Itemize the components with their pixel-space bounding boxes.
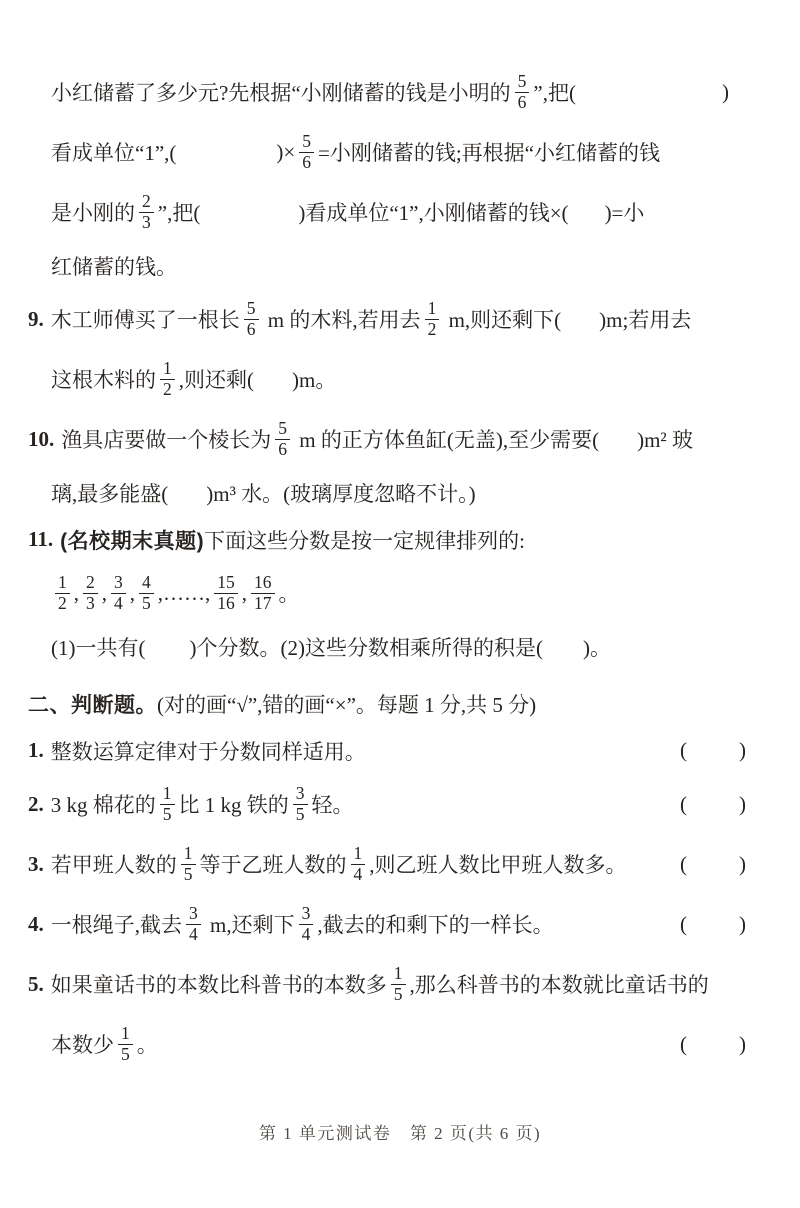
- text-segment: )看成单位“1”,小刚储蓄的钱×(: [298, 197, 568, 227]
- line-content: 2.3 kg 棉花的15比 1 kg 铁的35轻。: [28, 783, 680, 824]
- question-11-subquestions: (1)一共有()个分数。(2)这些分数相乘所得的积是()。: [28, 623, 746, 670]
- fraction-denominator: 17: [251, 593, 275, 614]
- text-segment: 整数运算定律对于分数同样适用。: [51, 736, 366, 766]
- judgment-5-line-1: 5.如果童话书的本数比科普书的本数多15,那么科普书的本数就比童话书的: [28, 954, 746, 1014]
- text-segment: 下面这些分数是按一定规律排列的:: [204, 525, 525, 555]
- fraction-numerator: 5: [275, 419, 290, 439]
- fraction: 15: [391, 964, 406, 1004]
- text-segment: 看成单位“1”,(: [51, 137, 176, 167]
- fraction-denominator: 6: [275, 439, 290, 460]
- line-content: 10.渔具店要做一个棱长为56 m 的正方体鱼缸(无盖),至少需要()m² 玻: [28, 418, 746, 459]
- fraction-numerator: 1: [351, 844, 366, 864]
- fraction-denominator: 5: [118, 1044, 133, 1065]
- fraction-numerator: 1: [425, 299, 440, 319]
- fraction: 56: [515, 72, 530, 112]
- heading-bold-text: (名校期末真题): [60, 525, 204, 555]
- fraction: 15: [160, 784, 175, 824]
- question-number: 5.: [28, 972, 44, 997]
- line-content: 璃,最多能盛()m³ 水。(玻璃厚度忽略不计。): [51, 478, 746, 508]
- bracket-open: (: [680, 738, 687, 763]
- line-content: 11.(名校期末真题)下面这些分数是按一定规律排列的:: [28, 525, 746, 555]
- fraction: 56: [299, 132, 314, 172]
- text-segment: (对的画“√”,错的画“×”。每题 1 分,共 5 分): [157, 689, 536, 719]
- text-segment: ,: [102, 581, 107, 606]
- bracket-close: ): [739, 852, 746, 877]
- question-number: 1.: [28, 738, 44, 763]
- fraction-denominator: 5: [160, 804, 175, 825]
- judgment-5-line-2: 本数少15。(): [28, 1014, 746, 1074]
- text-segment: ,……,: [158, 581, 211, 606]
- text-segment: =小刚储蓄的钱;再根据“小红储蓄的钱: [318, 137, 660, 167]
- text-segment: )个分数。(2)这些分数相乘所得的积是(: [189, 632, 542, 662]
- text-segment: m,还剩下: [205, 909, 295, 939]
- judgment-3: 3.若甲班人数的15等于乙班人数的14,则乙班人数比甲班人数多。(): [28, 834, 746, 894]
- text-segment: 如果童话书的本数比科普书的本数多: [51, 969, 387, 999]
- bracket-close: ): [739, 738, 746, 763]
- text-segment: ,: [74, 581, 79, 606]
- fraction: 45: [139, 573, 154, 613]
- fill-in-blank: [543, 646, 583, 647]
- fraction-denominator: 4: [351, 864, 366, 885]
- text-segment: m,则还剩下(: [443, 304, 561, 334]
- fraction: 12: [55, 573, 70, 613]
- question-9-line-1: 9.木工师傅买了一根长56 m 的木料,若用去12 m,则还剩下()m;若用去: [28, 289, 746, 349]
- line-content: 1.整数运算定律对于分数同样适用。: [28, 736, 680, 766]
- fraction-numerator: 3: [186, 904, 201, 924]
- fraction: 14: [351, 844, 366, 884]
- fraction-denominator: 3: [139, 212, 154, 233]
- fraction-numerator: 4: [139, 573, 154, 593]
- text-segment: 渔具店要做一个棱长为: [61, 424, 271, 454]
- text-segment: )m² 玻: [637, 424, 693, 454]
- fraction-denominator: 3: [83, 593, 98, 614]
- fraction: 56: [244, 299, 259, 339]
- fill-in-blank: [576, 92, 722, 93]
- question-10-line-2: 璃,最多能盛()m³ 水。(玻璃厚度忽略不计。): [28, 469, 746, 516]
- text-segment: 。: [279, 578, 300, 608]
- question-9-line-2: 这根木料的12,则还剩()m。: [28, 349, 746, 409]
- text-segment: 红储蓄的钱。: [51, 251, 177, 281]
- line-content: 3.若甲班人数的15等于乙班人数的14,则乙班人数比甲班人数多。: [28, 843, 680, 884]
- text-segment: )m;若用去: [599, 304, 691, 334]
- fraction: 34: [186, 904, 201, 944]
- fraction-numerator: 16: [251, 573, 275, 593]
- line-content: 红储蓄的钱。: [51, 251, 746, 281]
- fraction: 12: [160, 359, 175, 399]
- fraction-numerator: 5: [299, 132, 314, 152]
- question-8-line-1: 小红储蓄了多少元?先根据“小刚储蓄的钱是小明的56”,把(): [28, 62, 746, 122]
- bracket-close: ): [739, 792, 746, 817]
- fill-in-blank: [569, 212, 605, 213]
- text-segment: 。: [137, 1029, 158, 1059]
- fraction-numerator: 3: [111, 573, 126, 593]
- bracket-open: (: [680, 852, 687, 877]
- bracket-open: (: [680, 912, 687, 937]
- text-segment: )m。: [292, 364, 336, 394]
- fraction: 1617: [251, 573, 275, 613]
- document-lines: 小红储蓄了多少元?先根据“小刚储蓄的钱是小明的56”,把()看成单位“1”,()…: [28, 62, 746, 1074]
- text-segment: ,则还剩(: [179, 364, 254, 394]
- text-segment: 轻。: [312, 789, 354, 819]
- text-segment: m 的正方体鱼缸(无盖),至少需要(: [294, 424, 599, 454]
- question-number: 3.: [28, 852, 44, 877]
- fill-in-blank: [599, 439, 637, 440]
- line-content: 4.一根绳子,截去34 m,还剩下34,截去的和剩下的一样长。: [28, 903, 680, 944]
- fill-in-blank: [254, 379, 292, 380]
- line-content: 是小刚的23”,把()看成单位“1”,小刚储蓄的钱×()=小: [51, 191, 746, 232]
- judgment-2: 2.3 kg 棉花的15比 1 kg 铁的35轻。(): [28, 774, 746, 834]
- text-segment: ”,把(: [533, 77, 576, 107]
- line-content: 这根木料的12,则还剩()m。: [51, 358, 746, 399]
- fraction-denominator: 4: [299, 924, 314, 945]
- page-footer: 第 1 单元测试卷 第 2 页(共 6 页): [0, 1119, 800, 1144]
- question-number: 10.: [28, 427, 54, 452]
- line-content: 5.如果童话书的本数比科普书的本数多15,那么科普书的本数就比童话书的: [28, 963, 746, 1004]
- text-segment: )m³ 水。(玻璃厚度忽略不计。): [206, 478, 475, 508]
- fraction-numerator: 1: [118, 1024, 133, 1044]
- text-segment: )×: [276, 140, 295, 165]
- question-8-line-4: 红储蓄的钱。: [28, 242, 746, 289]
- fraction: 23: [83, 573, 98, 613]
- line-content: 二、判断题。(对的画“√”,错的画“×”。每题 1 分,共 5 分): [28, 689, 746, 719]
- text-segment: )。: [583, 632, 611, 662]
- text-segment: 是小刚的: [51, 197, 135, 227]
- answer-brackets: (): [680, 912, 746, 937]
- fraction-numerator: 5: [515, 72, 530, 92]
- fraction-denominator: 5: [293, 804, 308, 825]
- fraction: 1516: [214, 573, 238, 613]
- answer-brackets: (): [680, 1032, 746, 1057]
- text-segment: )=小: [605, 197, 645, 227]
- fraction-denominator: 6: [299, 152, 314, 173]
- text-segment: 比 1 kg 铁的: [179, 789, 289, 819]
- fraction: 12: [425, 299, 440, 339]
- fraction: 34: [111, 573, 126, 613]
- section-2-header: 二、判断题。(对的画“√”,错的画“×”。每题 1 分,共 5 分): [28, 680, 746, 727]
- line-content: 本数少15。: [51, 1023, 680, 1064]
- fraction-denominator: 5: [391, 984, 406, 1005]
- text-segment: 本数少: [51, 1029, 114, 1059]
- line-content: 9.木工师傅买了一根长56 m 的木料,若用去12 m,则还剩下()m;若用去: [28, 298, 746, 339]
- fraction-denominator: 2: [55, 593, 70, 614]
- text-segment: 一根绳子,截去: [51, 909, 182, 939]
- text-segment: ”,把(: [158, 197, 201, 227]
- test-paper-page: 小红储蓄了多少元?先根据“小刚储蓄的钱是小明的56”,把()看成单位“1”,()…: [0, 0, 800, 1208]
- bracket-close: ): [739, 1032, 746, 1057]
- text-segment: 木工师傅买了一根长: [51, 304, 240, 334]
- text-segment: 3 kg 棉花的: [51, 789, 156, 819]
- fraction-denominator: 4: [186, 924, 201, 945]
- fraction-numerator: 3: [293, 784, 308, 804]
- line-content: 小红储蓄了多少元?先根据“小刚储蓄的钱是小明的56”,把(): [51, 71, 746, 112]
- text-segment: ,: [130, 581, 135, 606]
- fraction-denominator: 5: [181, 864, 196, 885]
- bracket-open: (: [680, 1032, 687, 1057]
- fraction-numerator: 5: [244, 299, 259, 319]
- answer-brackets: (): [680, 792, 746, 817]
- fraction-denominator: 2: [160, 379, 175, 400]
- fraction: 15: [181, 844, 196, 884]
- line-content: (1)一共有()个分数。(2)这些分数相乘所得的积是()。: [51, 632, 746, 662]
- text-segment: m 的木料,若用去: [263, 304, 421, 334]
- fraction: 56: [275, 419, 290, 459]
- text-segment: 这根木料的: [51, 364, 156, 394]
- text-segment: ,那么科普书的本数就比童话书的: [410, 969, 709, 999]
- text-segment: ,: [242, 581, 247, 606]
- fraction-numerator: 3: [299, 904, 314, 924]
- fraction-numerator: 1: [181, 844, 196, 864]
- fill-in-blank: [176, 152, 276, 153]
- fraction-denominator: 6: [244, 319, 259, 340]
- question-number: 11.: [28, 527, 53, 552]
- fraction: 15: [118, 1024, 133, 1064]
- text-segment: (1)一共有(: [51, 632, 145, 662]
- fill-in-blank: [168, 492, 206, 493]
- fill-in-blank: [561, 319, 599, 320]
- fraction-denominator: 16: [214, 593, 238, 614]
- fraction-numerator: 2: [139, 192, 154, 212]
- question-number: 9.: [28, 307, 44, 332]
- bracket-close: ): [739, 912, 746, 937]
- fraction-numerator: 1: [55, 573, 70, 593]
- fraction-denominator: 2: [425, 319, 440, 340]
- heading-bold-text: 二、判断题。: [28, 689, 157, 719]
- answer-brackets: (): [680, 852, 746, 877]
- question-11-fraction-series: 12,23,34,45,……,1516,1617。: [28, 563, 746, 623]
- footer-text: 第 1 单元测试卷 第 2 页(共 6 页): [259, 1124, 541, 1143]
- text-segment: ,截去的和剩下的一样长。: [317, 909, 553, 939]
- text-segment: ): [722, 80, 729, 105]
- question-8-line-3: 是小刚的23”,把()看成单位“1”,小刚储蓄的钱×()=小: [28, 182, 746, 242]
- fraction-numerator: 1: [391, 964, 406, 984]
- fraction-denominator: 6: [515, 92, 530, 113]
- text-segment: ,则乙班人数比甲班人数多。: [369, 849, 626, 879]
- fill-in-blank: [200, 212, 298, 213]
- fraction-denominator: 5: [139, 593, 154, 614]
- question-8-line-2: 看成单位“1”,()×56=小刚储蓄的钱;再根据“小红储蓄的钱: [28, 122, 746, 182]
- fraction-numerator: 2: [83, 573, 98, 593]
- fraction-numerator: 15: [214, 573, 238, 593]
- answer-brackets: (): [680, 738, 746, 763]
- fraction-denominator: 4: [111, 593, 126, 614]
- fraction-numerator: 1: [160, 359, 175, 379]
- judgment-4: 4.一根绳子,截去34 m,还剩下34,截去的和剩下的一样长。(): [28, 894, 746, 954]
- text-segment: 等于乙班人数的: [200, 849, 347, 879]
- line-content: 看成单位“1”,()×56=小刚储蓄的钱;再根据“小红储蓄的钱: [51, 131, 746, 172]
- bracket-open: (: [680, 792, 687, 817]
- fraction: 34: [299, 904, 314, 944]
- fraction: 23: [139, 192, 154, 232]
- fraction: 35: [293, 784, 308, 824]
- text-segment: 璃,最多能盛(: [51, 478, 168, 508]
- text-segment: 若甲班人数的: [51, 849, 177, 879]
- line-content: 12,23,34,45,……,1516,1617。: [51, 572, 746, 613]
- question-11-line-1: 11.(名校期末真题)下面这些分数是按一定规律排列的:: [28, 516, 746, 563]
- question-number: 4.: [28, 912, 44, 937]
- fraction-numerator: 1: [160, 784, 175, 804]
- text-segment: 小红储蓄了多少元?先根据“小刚储蓄的钱是小明的: [51, 77, 511, 107]
- question-number: 2.: [28, 792, 44, 817]
- fill-in-blank: [145, 646, 189, 647]
- judgment-1: 1.整数运算定律对于分数同样适用。(): [28, 727, 746, 774]
- question-10-line-1: 10.渔具店要做一个棱长为56 m 的正方体鱼缸(无盖),至少需要()m² 玻: [28, 409, 746, 469]
